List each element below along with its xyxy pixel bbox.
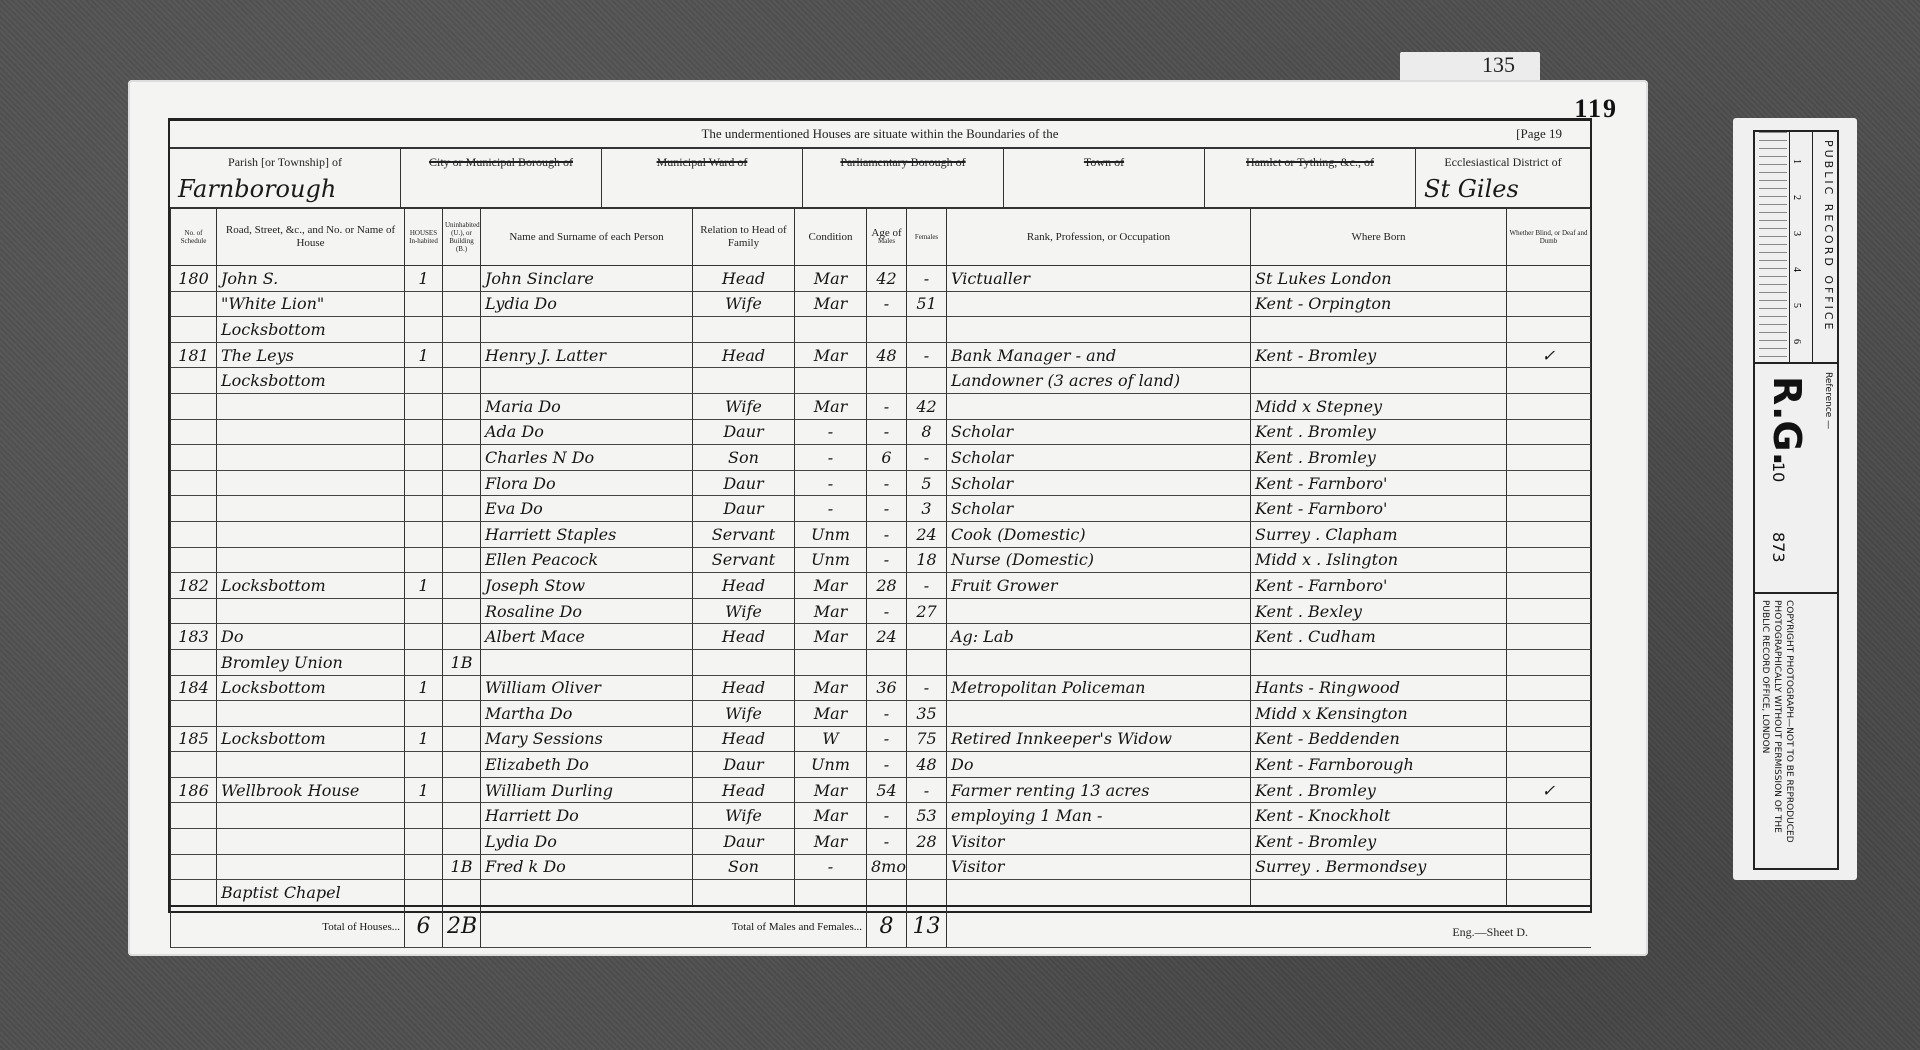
cell-where-born: Kent . Bexley: [1251, 598, 1507, 624]
cell-where-born: Kent - Knockholt: [1251, 803, 1507, 829]
cell-where-born: Hants - Ringwood: [1251, 675, 1507, 701]
cell-male-age: 42: [867, 266, 907, 292]
cell-name: [481, 649, 693, 675]
cell-female-age: -: [907, 266, 947, 292]
cell-male-age: 24: [867, 624, 907, 650]
sheet-footer: Eng.—Sheet D.: [1452, 925, 1528, 940]
cell-male-age: -: [867, 521, 907, 547]
cell-name: Martha Do: [481, 701, 693, 727]
cell-disability: [1507, 803, 1591, 829]
admin-label: Parish [or Township] of: [170, 149, 400, 170]
cell-where-born: [1251, 649, 1507, 675]
col-houses-group: HOUSES: [407, 229, 440, 237]
cell-address: [217, 419, 405, 445]
cell-schedule: [171, 598, 217, 624]
cell-disability: [1507, 521, 1591, 547]
cell-condition: Mar: [795, 624, 867, 650]
cell-inhabited: 1: [405, 777, 443, 803]
col-where-born: Where Born: [1251, 209, 1507, 266]
cell-occupation: Scholar: [947, 419, 1251, 445]
cell-male-age: -: [867, 726, 907, 752]
col-inhabited-label: In-habited: [407, 237, 440, 245]
tag-series: R.G.: [1765, 376, 1809, 466]
census-row: 185Locksbottom1Mary SessionsHeadW-75Reti…: [171, 726, 1591, 752]
cell-female-age: 35: [907, 701, 947, 727]
cell-occupation: Scholar: [947, 445, 1251, 471]
cell-where-born: Kent - Farnboro': [1251, 496, 1507, 522]
cell-where-born: Kent - Orpington: [1251, 291, 1507, 317]
cell-condition: Mar: [795, 573, 867, 599]
cell-occupation: [947, 393, 1251, 419]
cell-disability: [1507, 675, 1591, 701]
cell-uninhabited: [443, 598, 481, 624]
cell-schedule: [171, 649, 217, 675]
cell-inhabited: 1: [405, 726, 443, 752]
col-occupation: Rank, Profession, or Occupation: [947, 209, 1251, 266]
cell-inhabited: [405, 829, 443, 855]
cell-female-age: [907, 624, 947, 650]
cell-uninhabited: [443, 777, 481, 803]
cell-occupation: [947, 701, 1251, 727]
cell-relation: Son: [693, 445, 795, 471]
cell-uninhabited: [443, 726, 481, 752]
cell-occupation: Retired Innkeeper's Widow: [947, 726, 1251, 752]
cell-occupation: employing 1 Man -: [947, 803, 1251, 829]
cell-female-age: -: [907, 777, 947, 803]
col-inhabited: HOUSES In-habited: [405, 209, 443, 266]
admin-town: Town of: [1004, 149, 1205, 207]
form-heading: The undermentioned Houses are situate wi…: [170, 121, 1590, 149]
cell-relation: Daur: [693, 419, 795, 445]
admin-parish: Parish [or Township] of Farnborough: [170, 149, 401, 207]
cell-name: Maria Do: [481, 393, 693, 419]
cell-female-age: -: [907, 342, 947, 368]
admin-municipal-ward: Municipal Ward of: [602, 149, 803, 207]
cell-occupation: Metropolitan Policeman: [947, 675, 1251, 701]
cell-disability: [1507, 854, 1591, 880]
header-row: No. of Schedule Road, Street, &c., and N…: [171, 209, 1591, 266]
cell-male-age: -: [867, 803, 907, 829]
cell-occupation: Ag: Lab: [947, 624, 1251, 650]
census-form: The undermentioned Houses are situate wi…: [168, 118, 1592, 913]
cell-condition: [795, 317, 867, 343]
cell-male-age: -: [867, 393, 907, 419]
cell-uninhabited: [443, 547, 481, 573]
census-row: Flora DoDaur--5ScholarKent - Farnboro': [171, 470, 1591, 496]
cell-where-born: Kent - Bromley: [1251, 829, 1507, 855]
cell-address: John S.: [217, 266, 405, 292]
cell-where-born: Kent - Beddenden: [1251, 726, 1507, 752]
cell-condition: Mar: [795, 291, 867, 317]
cell-address: [217, 598, 405, 624]
col-females: Females: [907, 209, 947, 266]
cell-condition: [795, 880, 867, 906]
admin-label: Parliamentary Borough of: [803, 149, 1003, 170]
census-row: Lydia DoDaurMar-28VisitorKent - Bromley: [171, 829, 1591, 855]
cell-disability: [1507, 266, 1591, 292]
cell-where-born: Surrey . Clapham: [1251, 521, 1507, 547]
cell-relation: Daur: [693, 829, 795, 855]
cell-name: Albert Mace: [481, 624, 693, 650]
ruler-number: 1: [1791, 159, 1802, 164]
cell-disability: [1507, 598, 1591, 624]
cell-uninhabited: [443, 829, 481, 855]
cell-inhabited: 1: [405, 675, 443, 701]
cell-inhabited: [405, 470, 443, 496]
cell-inhabited: [405, 854, 443, 880]
cell-occupation: Scholar: [947, 496, 1251, 522]
cell-inhabited: [405, 445, 443, 471]
cell-male-age: -: [867, 829, 907, 855]
cell-uninhabited: [443, 675, 481, 701]
cell-address: [217, 393, 405, 419]
cell-disability: [1507, 880, 1591, 906]
cell-uninhabited: [443, 803, 481, 829]
cell-inhabited: [405, 880, 443, 906]
cell-condition: [795, 649, 867, 675]
cell-disability: [1507, 496, 1591, 522]
cell-condition: -: [795, 445, 867, 471]
cell-where-born: Midd x Kensington: [1251, 701, 1507, 727]
cell-where-born: [1251, 368, 1507, 394]
cell-condition: Mar: [795, 675, 867, 701]
ruler-numbers: 1 2 3 4 5 6: [1789, 132, 1813, 362]
cell-male-age: 8mo: [867, 854, 907, 880]
census-row: 183DoAlbert MaceHeadMar24Ag: LabKent . C…: [171, 624, 1591, 650]
cell-where-born: Kent . Bromley: [1251, 777, 1507, 803]
cell-female-age: 3: [907, 496, 947, 522]
cell-occupation: Bank Manager - and: [947, 342, 1251, 368]
cell-uninhabited: 1B: [443, 649, 481, 675]
col-address: Road, Street, &c., and No. or Name of Ho…: [217, 209, 405, 266]
cell-address: Baptist Chapel: [217, 880, 405, 906]
tag-frame: 1 2 3 4 5 6 PUBLIC RECORD OFFICE Referen…: [1753, 130, 1839, 870]
cell-female-age: 24: [907, 521, 947, 547]
cell-inhabited: [405, 803, 443, 829]
cell-disability: [1507, 291, 1591, 317]
cell-uninhabited: [443, 342, 481, 368]
census-row: Locksbottom: [171, 317, 1591, 343]
cell-occupation: Farmer renting 13 acres: [947, 777, 1251, 803]
cell-schedule: 185: [171, 726, 217, 752]
cell-schedule: 180: [171, 266, 217, 292]
col-age-group: Age of: [869, 229, 904, 237]
cell-where-born: Kent - Bromley: [1251, 342, 1507, 368]
col-relation: Relation to Head of Family: [693, 209, 795, 266]
cell-name: [481, 317, 693, 343]
cell-disability: [1507, 649, 1591, 675]
cell-schedule: [171, 368, 217, 394]
cell-male-age: 36: [867, 675, 907, 701]
cell-where-born: [1251, 317, 1507, 343]
cell-condition: -: [795, 496, 867, 522]
cell-uninhabited: [443, 496, 481, 522]
cell-male-age: [867, 317, 907, 343]
cell-inhabited: 1: [405, 573, 443, 599]
cell-relation: [693, 649, 795, 675]
cell-occupation: [947, 291, 1251, 317]
cell-inhabited: 1: [405, 342, 443, 368]
cell-male-age: -: [867, 752, 907, 778]
cell-name: Harriett Do: [481, 803, 693, 829]
cell-uninhabited: [443, 752, 481, 778]
cell-disability: [1507, 470, 1591, 496]
cell-relation: Head: [693, 675, 795, 701]
tag-reference-label: Reference —: [1823, 372, 1833, 429]
cell-name: Lydia Do: [481, 829, 693, 855]
census-table: No. of Schedule Road, Street, &c., and N…: [170, 209, 1591, 948]
cell-schedule: [171, 854, 217, 880]
cell-inhabited: [405, 624, 443, 650]
archive-reference-tag: 1 2 3 4 5 6 PUBLIC RECORD OFFICE Referen…: [1733, 118, 1857, 880]
cell-uninhabited: [443, 624, 481, 650]
census-row: 1BFred k DoSon-8moVisitorSurrey . Bermon…: [171, 854, 1591, 880]
cell-male-age: -: [867, 701, 907, 727]
cell-name: [481, 880, 693, 906]
cell-relation: Wife: [693, 291, 795, 317]
cell-disability: [1507, 445, 1591, 471]
cell-uninhabited: [443, 470, 481, 496]
cell-female-age: [907, 854, 947, 880]
cell-where-born: Kent - Farnboro': [1251, 470, 1507, 496]
col-males: Age of Males: [867, 209, 907, 266]
cell-inhabited: [405, 547, 443, 573]
cell-name: William Durling: [481, 777, 693, 803]
cell-name: Charles N Do: [481, 445, 693, 471]
cell-name: Elizabeth Do: [481, 752, 693, 778]
cell-address: Locksbottom: [217, 573, 405, 599]
cell-male-age: -: [867, 496, 907, 522]
cell-inhabited: [405, 291, 443, 317]
cell-schedule: 183: [171, 624, 217, 650]
cell-relation: Head: [693, 342, 795, 368]
cell-occupation: Fruit Grower: [947, 573, 1251, 599]
cell-condition: -: [795, 854, 867, 880]
cell-occupation: Visitor: [947, 854, 1251, 880]
cell-address: Locksbottom: [217, 368, 405, 394]
ruler-ticks: [1759, 132, 1787, 362]
cell-name: Rosaline Do: [481, 598, 693, 624]
cell-female-age: 75: [907, 726, 947, 752]
tag-copyright-text: COPYRIGHT PHOTOGRAPH—NOT TO BE REPRODUCE…: [1759, 600, 1795, 862]
cell-uninhabited: [443, 266, 481, 292]
cell-relation: [693, 368, 795, 394]
cell-female-age: 28: [907, 829, 947, 855]
cell-inhabited: [405, 752, 443, 778]
admin-value: Farnborough: [178, 175, 336, 203]
cell-where-born: Midd x Stepney: [1251, 393, 1507, 419]
cell-where-born: Kent - Farnboro': [1251, 573, 1507, 599]
tag-copyright-box: COPYRIGHT PHOTOGRAPH—NOT TO BE REPRODUCE…: [1755, 592, 1837, 870]
cell-female-age: -: [907, 675, 947, 701]
cell-address: [217, 521, 405, 547]
cell-address: [217, 701, 405, 727]
cell-address: Locksbottom: [217, 675, 405, 701]
cell-name: Ellen Peacock: [481, 547, 693, 573]
cell-relation: Servant: [693, 547, 795, 573]
cell-disability: [1507, 419, 1591, 445]
cell-female-age: 51: [907, 291, 947, 317]
cell-name: Flora Do: [481, 470, 693, 496]
cell-inhabited: [405, 598, 443, 624]
cell-disability: [1507, 368, 1591, 394]
cell-uninhabited: [443, 317, 481, 343]
cell-address: Bromley Union: [217, 649, 405, 675]
census-row: Rosaline DoWifeMar-27Kent . Bexley: [171, 598, 1591, 624]
cell-occupation: [947, 598, 1251, 624]
cell-condition: Unm: [795, 547, 867, 573]
cell-relation: Head: [693, 624, 795, 650]
heading-text: The undermentioned Houses are situate wi…: [701, 126, 1058, 141]
cell-schedule: [171, 496, 217, 522]
admin-hamlet: Hamlet or Tything, &c., of: [1205, 149, 1416, 207]
cell-relation: [693, 880, 795, 906]
cell-condition: Unm: [795, 521, 867, 547]
cell-uninhabited: [443, 521, 481, 547]
admin-value: St Giles: [1424, 175, 1519, 203]
cell-disability: [1507, 624, 1591, 650]
cell-address: Wellbrook House: [217, 777, 405, 803]
cell-condition: Mar: [795, 342, 867, 368]
cell-occupation: Nurse (Domestic): [947, 547, 1251, 573]
cell-condition: Mar: [795, 266, 867, 292]
cell-disability: [1507, 752, 1591, 778]
cell-uninhabited: [443, 419, 481, 445]
col-disability: Whether Blind, or Deaf and Dumb: [1507, 209, 1591, 266]
cell-where-born: Midd x . Islington: [1251, 547, 1507, 573]
census-row: LocksbottomLandowner (3 acres of land): [171, 368, 1591, 394]
cell-male-age: [867, 649, 907, 675]
cell-inhabited: [405, 496, 443, 522]
cell-relation: Wife: [693, 803, 795, 829]
cell-uninhabited: [443, 880, 481, 906]
cell-address: [217, 547, 405, 573]
cell-relation: Head: [693, 266, 795, 292]
total-persons-label: Total of Males and Females...: [481, 906, 867, 948]
cell-disability: [1507, 547, 1591, 573]
cell-female-age: [907, 317, 947, 343]
cell-condition: Mar: [795, 803, 867, 829]
census-row: Eva DoDaur--3ScholarKent - Farnboro': [171, 496, 1591, 522]
cell-address: [217, 854, 405, 880]
back-page-number: 135: [1482, 52, 1515, 78]
cell-address: [217, 445, 405, 471]
cell-where-born: St Lukes London: [1251, 266, 1507, 292]
admin-label: City or Municipal Borough of: [401, 149, 601, 170]
tag-class: 10: [1769, 462, 1788, 482]
cell-male-age: -: [867, 419, 907, 445]
cell-condition: Unm: [795, 752, 867, 778]
totals-row: Total of Houses... 6 2B Total of Males a…: [171, 906, 1591, 948]
census-row: 186Wellbrook House1William DurlingHeadMa…: [171, 777, 1591, 803]
cell-relation: Daur: [693, 752, 795, 778]
cell-condition: W: [795, 726, 867, 752]
cell-female-age: 5: [907, 470, 947, 496]
cell-female-age: 48: [907, 752, 947, 778]
cell-relation: Son: [693, 854, 795, 880]
col-schedule: No. of Schedule: [171, 209, 217, 266]
cell-condition: Mar: [795, 393, 867, 419]
cell-relation: Daur: [693, 470, 795, 496]
total-houses-other: 2B: [443, 906, 481, 948]
admin-areas-row: Parish [or Township] of Farnborough City…: [170, 149, 1590, 209]
cell-schedule: [171, 419, 217, 445]
cell-schedule: 182: [171, 573, 217, 599]
cell-schedule: [171, 880, 217, 906]
cell-condition: Mar: [795, 598, 867, 624]
cell-address: Do: [217, 624, 405, 650]
total-males: 8: [867, 906, 907, 948]
cell-female-age: -: [907, 445, 947, 471]
cell-name: Harriett Staples: [481, 521, 693, 547]
cell-occupation: Victualler: [947, 266, 1251, 292]
cell-female-age: [907, 880, 947, 906]
census-row: Harriett StaplesServantUnm-24Cook (Domes…: [171, 521, 1591, 547]
cell-occupation: Scholar: [947, 470, 1251, 496]
census-row: 184Locksbottom1William OliverHeadMar36-M…: [171, 675, 1591, 701]
cell-female-age: 42: [907, 393, 947, 419]
cell-schedule: [171, 521, 217, 547]
tag-piece-number: 873: [1769, 532, 1788, 563]
census-row: Ellen PeacockServantUnm-18Nurse (Domesti…: [171, 547, 1591, 573]
cell-female-age: [907, 649, 947, 675]
cell-schedule: 184: [171, 675, 217, 701]
cell-schedule: [171, 317, 217, 343]
cell-address: [217, 470, 405, 496]
cell-condition: -: [795, 470, 867, 496]
cell-relation: Daur: [693, 496, 795, 522]
cell-name: Fred k Do: [481, 854, 693, 880]
cell-occupation: Do: [947, 752, 1251, 778]
cell-schedule: [171, 393, 217, 419]
admin-label: Hamlet or Tything, &c., of: [1205, 149, 1415, 170]
cell-uninhabited: 1B: [443, 854, 481, 880]
cell-name: [481, 368, 693, 394]
total-females: 13: [907, 906, 947, 948]
cell-occupation: Cook (Domestic): [947, 521, 1251, 547]
cell-female-age: 27: [907, 598, 947, 624]
cell-uninhabited: [443, 701, 481, 727]
col-uninhabited: Uninhabited (U.), or Building (B.): [443, 209, 481, 266]
cell-condition: Mar: [795, 829, 867, 855]
cell-inhabited: [405, 419, 443, 445]
cell-where-born: Kent . Bromley: [1251, 445, 1507, 471]
ruler-number: 2: [1791, 195, 1802, 200]
cell-relation: Head: [693, 777, 795, 803]
cell-disability: [1507, 726, 1591, 752]
cell-male-age: 28: [867, 573, 907, 599]
col-condition: Condition: [795, 209, 867, 266]
cell-inhabited: [405, 701, 443, 727]
admin-ecclesiastical-district: Ecclesiastical District of St Giles: [1416, 149, 1590, 207]
cell-relation: Head: [693, 573, 795, 599]
cell-relation: Head: [693, 726, 795, 752]
cell-name: Ada Do: [481, 419, 693, 445]
census-row: 182Locksbottom1Joseph StowHeadMar28-Frui…: [171, 573, 1591, 599]
cell-schedule: [171, 547, 217, 573]
cell-male-age: 54: [867, 777, 907, 803]
cell-name: William Oliver: [481, 675, 693, 701]
cell-occupation: [947, 880, 1251, 906]
cell-address: [217, 752, 405, 778]
admin-label: Municipal Ward of: [602, 149, 802, 170]
page-label: [Page 19: [1516, 121, 1562, 147]
census-row: Elizabeth DoDaurUnm-48DoKent - Farnborou…: [171, 752, 1591, 778]
census-row: Ada DoDaur--8ScholarKent . Bromley: [171, 419, 1591, 445]
cell-where-born: Kent . Cudham: [1251, 624, 1507, 650]
cell-condition: -: [795, 419, 867, 445]
cell-condition: [795, 368, 867, 394]
